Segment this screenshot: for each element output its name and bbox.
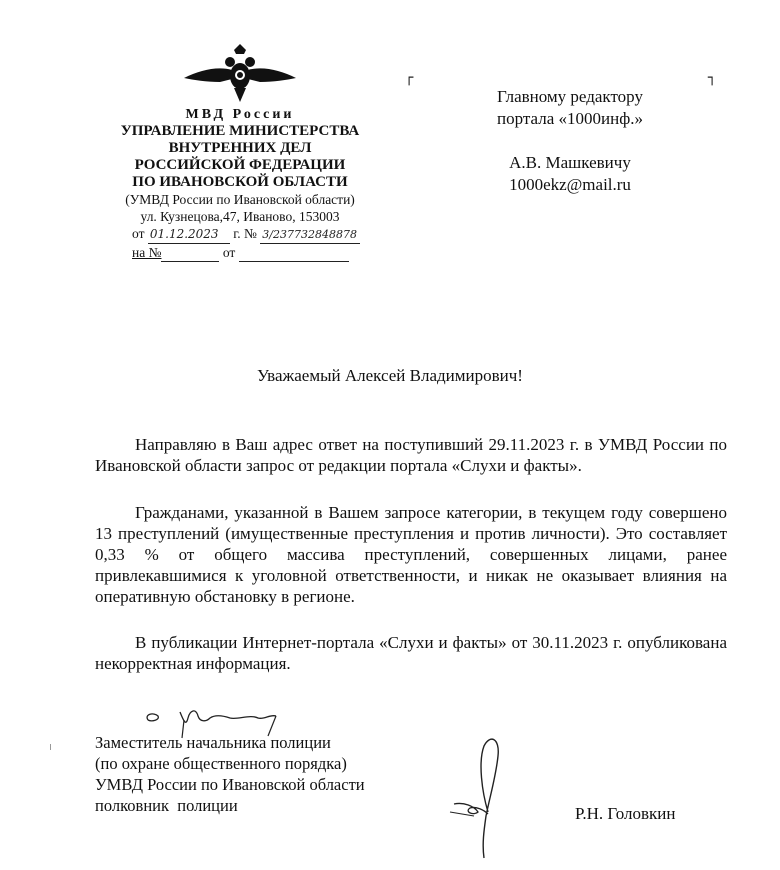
addressee-block: Главному редактору портала «1000инф.» А.… [470, 86, 670, 196]
registration-number: 3/237732848878 [260, 226, 360, 244]
paragraph-3: В публикации Интернет-портала «Слухи и ф… [95, 632, 727, 674]
org-abbreviation: (УМВД России по Ивановской области) [100, 191, 380, 208]
position-line-2: (по охране общественного порядка) [95, 753, 365, 774]
registration-date: 01.12.2023 [148, 226, 230, 244]
paragraph-2: Гражданами, указанной в Вашем запросе ка… [95, 502, 727, 607]
position-line-3: УМВД России по Ивановской области [95, 774, 365, 795]
addressee-corner-left: ┌ [405, 70, 413, 86]
org-line-3: РОССИЙСКОЙ ФЕДЕРАЦИИ [100, 157, 380, 174]
org-short-name: МВД России [100, 106, 380, 123]
reply-date-blank [239, 244, 349, 262]
reply-row: на № от [100, 244, 380, 262]
letterhead: МВД России УПРАВЛЕНИЕ МИНИСТЕРСТВА ВНУТР… [100, 44, 380, 262]
reply-number-blank [161, 244, 219, 262]
org-address: ул. Кузнецова,47, Иваново, 153003 [100, 208, 380, 225]
number-label: г. № [233, 226, 257, 241]
position-line-1: Заместитель начальника полиции [95, 732, 365, 753]
signature-position: Заместитель начальника полиции (по охран… [95, 732, 365, 816]
addressee-email: 1000ekz@mail.ru [470, 174, 670, 196]
from-label: от [132, 226, 144, 241]
reply-from-label: от [223, 245, 235, 260]
salutation: Уважаемый Алексей Владимирович! [0, 366, 780, 386]
double-headed-eagle-emblem-icon [180, 44, 300, 104]
org-line-2: ВНУТРЕННИХ ДЕЛ [100, 140, 380, 157]
reply-number-label: на № [132, 245, 161, 260]
handwritten-signature-icon [440, 732, 520, 862]
addressee-corner-right: ┐ [708, 70, 716, 86]
org-line-4: ПО ИВАНОВСКОЙ ОБЛАСТИ [100, 174, 380, 191]
registration-row: от 01.12.2023 г. № 3/237732848878 [100, 225, 380, 244]
paragraph-1: Направляю в Ваш адрес ответ на поступивш… [95, 434, 727, 476]
addressee-line-1: Главному редактору [470, 86, 670, 108]
margin-mark [50, 744, 51, 750]
position-line-4: полковник полиции [95, 795, 365, 816]
addressee-name: А.В. Машкевичу [470, 152, 670, 174]
addressee-line-2: портала «1000инф.» [470, 108, 670, 130]
org-line-1: УПРАВЛЕНИЕ МИНИСТЕРСТВА [100, 123, 380, 140]
addressee-spacer [470, 130, 670, 152]
signer-name: Р.Н. Головкин [575, 804, 675, 824]
